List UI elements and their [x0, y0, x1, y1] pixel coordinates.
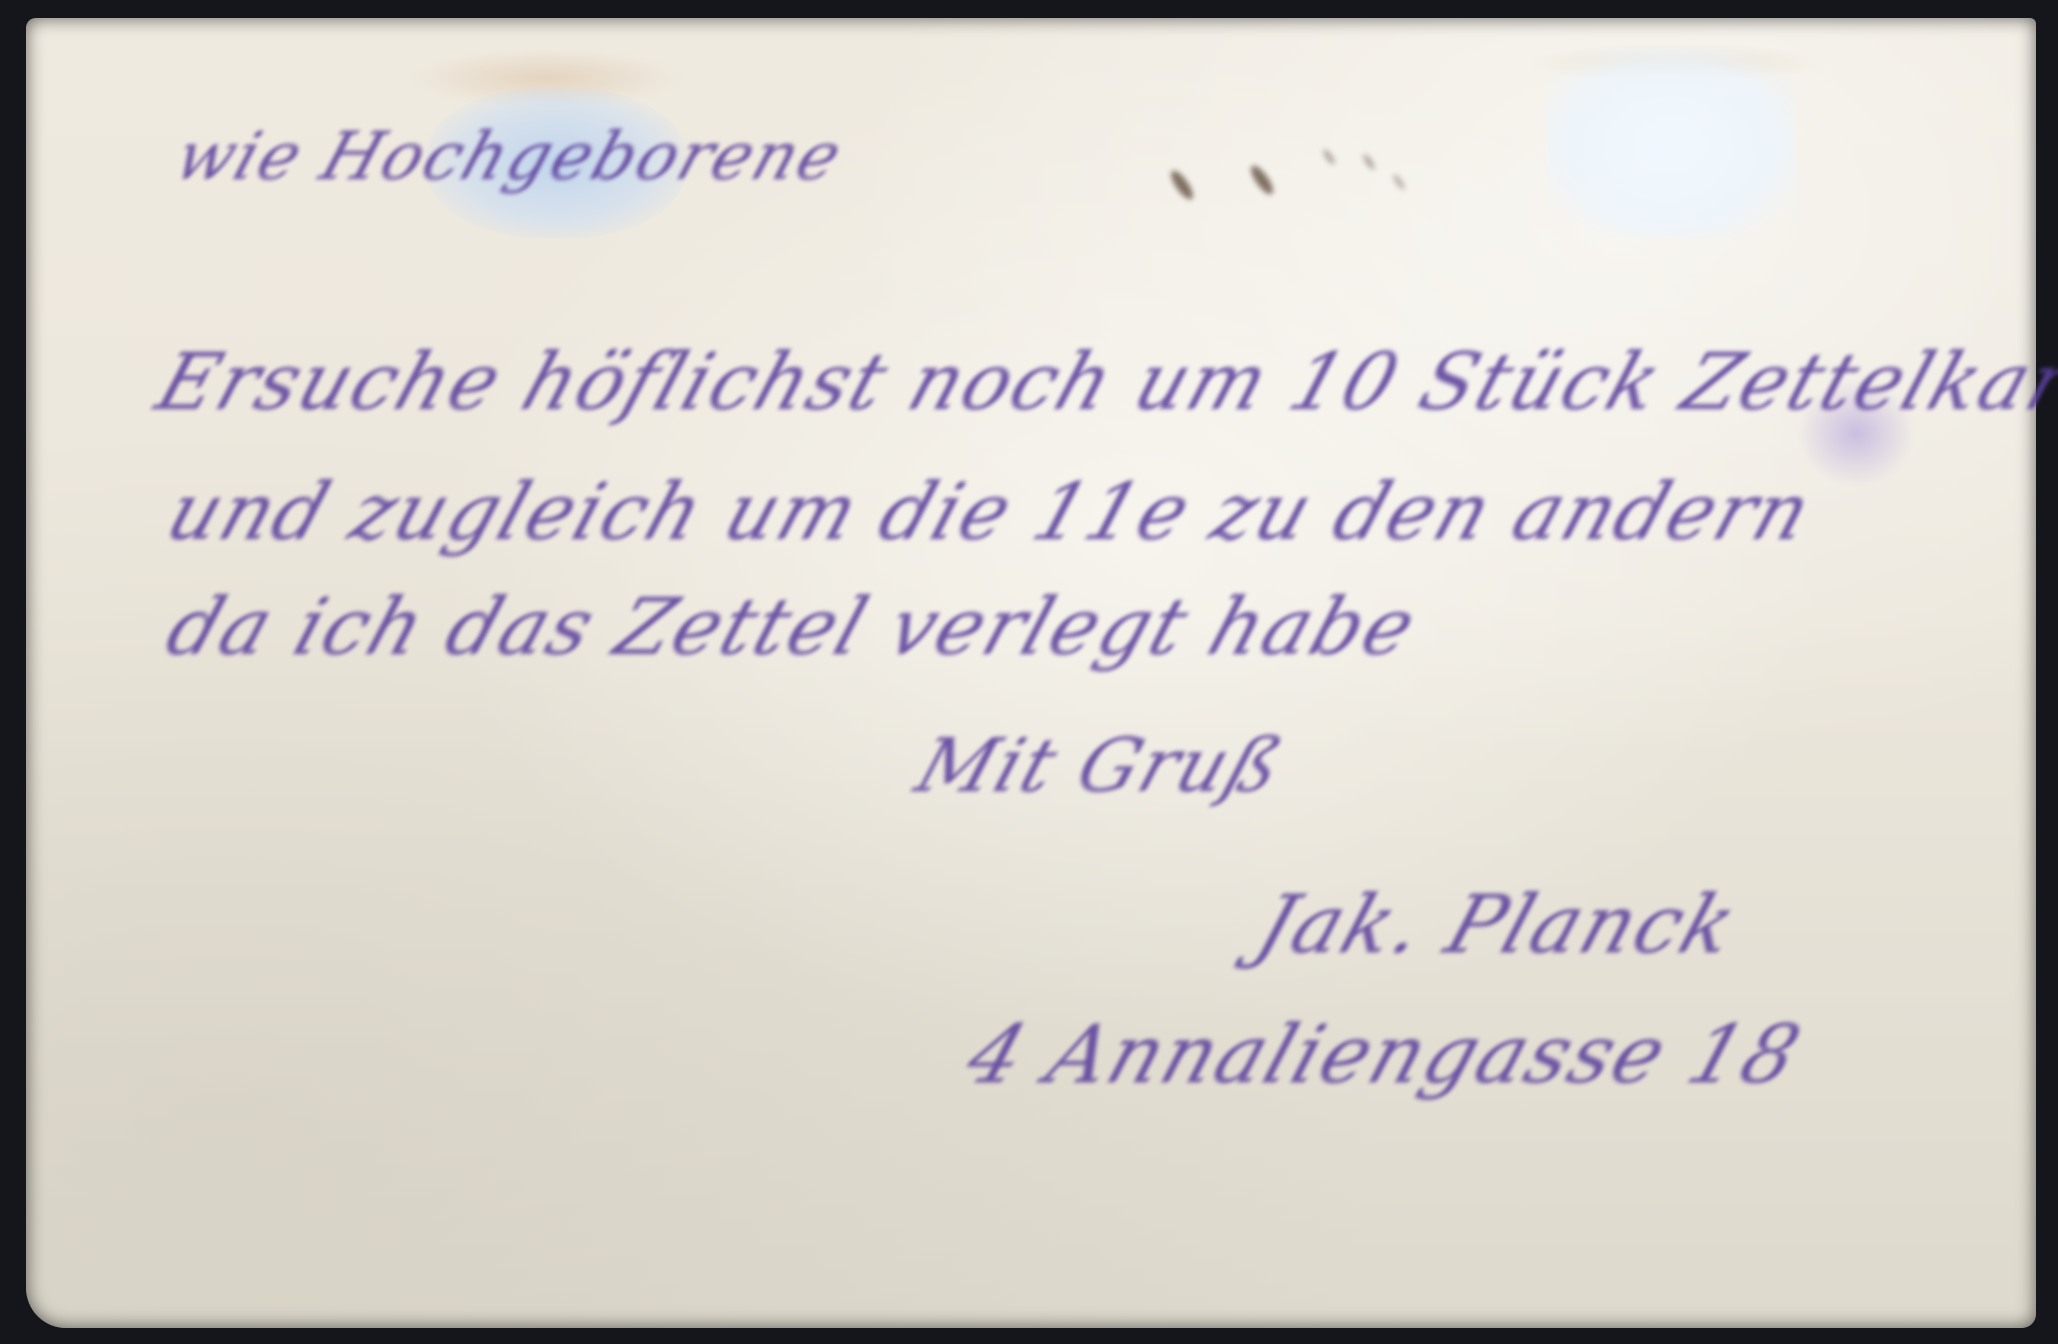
postcard: wie Hochgeborene Ersuche höflichst noch … — [26, 18, 2036, 1328]
signature: Jak. Planck — [1246, 878, 1749, 971]
postmark-mark — [1391, 173, 1406, 191]
body-line-3: da ich das Zettel verlegt habe — [156, 583, 1428, 673]
closing-line: Mit Gruß — [906, 723, 1294, 809]
postmark-marks — [1156, 158, 1456, 238]
body-line-1: Ersuche höflichst noch um 10 Stück Zette… — [146, 338, 2058, 428]
postmark-mark — [1247, 163, 1276, 198]
postmark-mark — [1361, 153, 1376, 171]
sender-address: 4 Annaliengasse 18 — [956, 1008, 1813, 1101]
stamp-residue — [1546, 48, 1796, 238]
postmark-mark — [1321, 148, 1336, 166]
postmark-mark — [1167, 168, 1196, 203]
salutation-line: wie Hochgeborene — [166, 118, 853, 195]
body-line-2: und zugleich um die 11e zu den andern — [156, 468, 1823, 558]
